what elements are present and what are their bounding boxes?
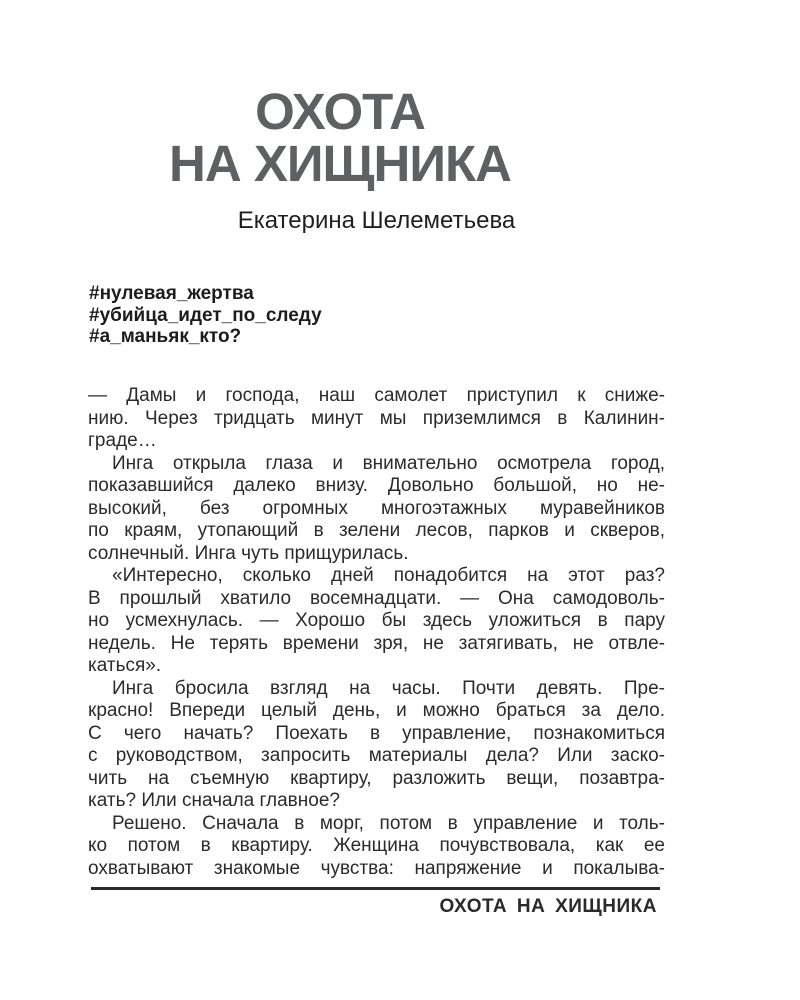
hashtag-list: #нулевая_жертва #убийца_идет_по_следу #а… bbox=[89, 283, 666, 348]
book-title-line1: ОХОТА bbox=[0, 86, 680, 138]
text-line: Инга бросила взгляд на часы. Почти девят… bbox=[88, 678, 665, 701]
text-line: нию. Через тридцать минут мы приземлимся… bbox=[88, 408, 665, 431]
text-line: Инга открыла глаза и внимательно осмотре… bbox=[88, 453, 665, 476]
text-line: высокий, без огромных многоэтажных мурав… bbox=[88, 498, 665, 521]
text-line: Решено. Сначала в морг, потом в управлен… bbox=[88, 813, 665, 836]
running-footer: ОХОТА НА ХИЩНИКА bbox=[88, 896, 657, 918]
body-text: — Дамы и господа, наш самолет приступил … bbox=[88, 385, 665, 880]
hashtag-item: #нулевая_жертва bbox=[89, 283, 666, 305]
hashtag-item: #убийца_идет_по_следу bbox=[89, 305, 666, 327]
text-line: ко потом в квартиру. Женщина почувствова… bbox=[88, 835, 665, 858]
author-name: Екатерина Шелеметьева bbox=[88, 207, 665, 235]
text-line: солнечный. Инга чуть прищурилась. bbox=[88, 543, 665, 566]
text-line: кать? Или сначала главное? bbox=[88, 790, 665, 813]
text-line: В прошлый хватило восемнадцати. — Она са… bbox=[88, 588, 665, 611]
book-title: ОХОТА НА ХИЩНИКА bbox=[0, 86, 680, 190]
text-line: недель. Не терять времени зря, не затяги… bbox=[88, 633, 665, 656]
text-line: по краям, утопающий в зелени лесов, парк… bbox=[88, 520, 665, 543]
book-page: ОХОТА НА ХИЩНИКА Екатерина Шелеметьева #… bbox=[0, 0, 800, 1000]
text-line: каться». bbox=[88, 655, 665, 678]
text-line: чить на съемную квартиру, разложить вещи… bbox=[88, 768, 665, 791]
text-line: «Интересно, сколько дней понадобится на … bbox=[88, 565, 665, 588]
footer-rule bbox=[91, 887, 660, 890]
text-line: показавшийся далеко внизу. Довольно боль… bbox=[88, 475, 665, 498]
text-line: красно! Впереди целый день, и можно брат… bbox=[88, 700, 665, 723]
text-line: граде… bbox=[88, 430, 665, 453]
text-line: С чего начать? Поехать в управление, поз… bbox=[88, 723, 665, 746]
text-line: — Дамы и господа, наш самолет приступил … bbox=[88, 385, 665, 408]
text-line: но усмехнулась. — Хорошо бы здесь уложит… bbox=[88, 610, 665, 633]
hashtag-item: #а_маньяк_кто? bbox=[89, 326, 666, 348]
text-line: с руководством, запросить материалы дела… bbox=[88, 745, 665, 768]
text-line: охватывают знакомые чувства: напряжение … bbox=[88, 858, 665, 881]
book-title-line2: НА ХИЩНИКА bbox=[0, 138, 680, 190]
